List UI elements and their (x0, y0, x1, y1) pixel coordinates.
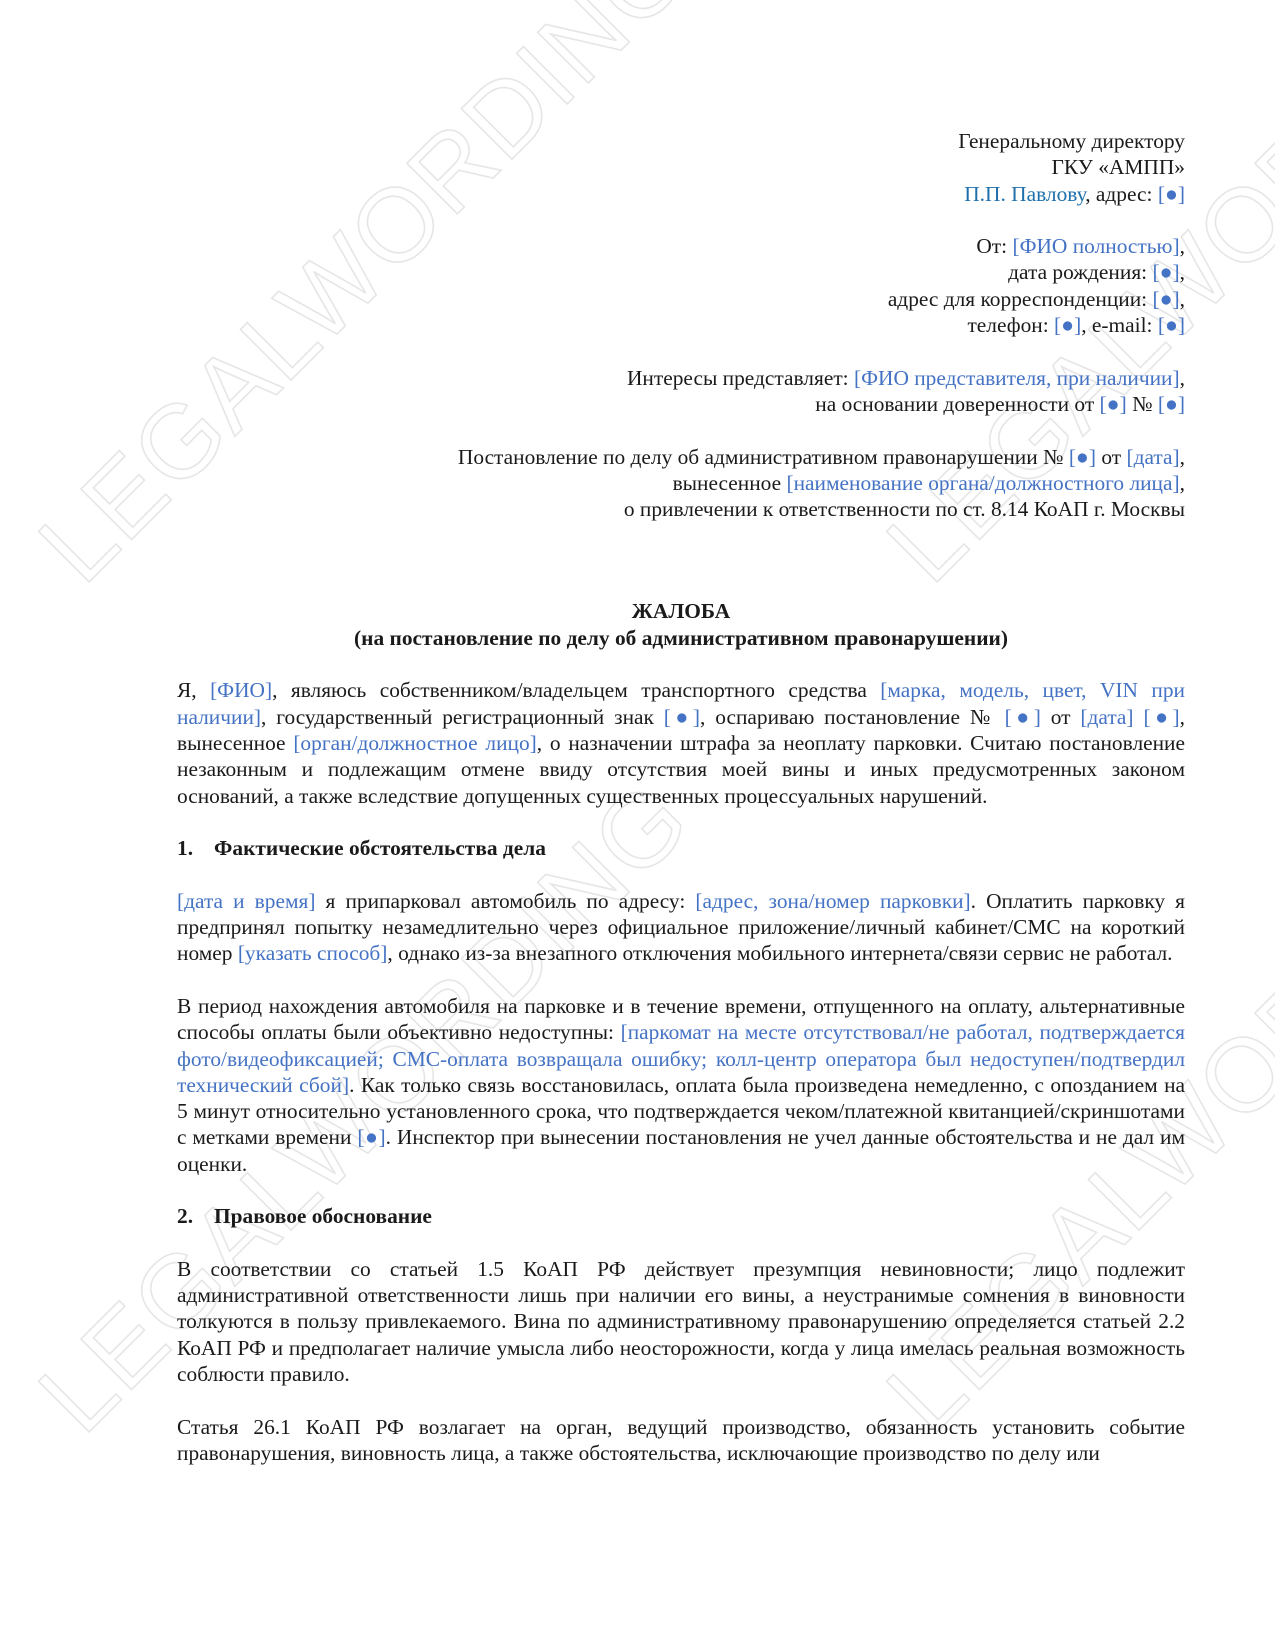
recipient-name: П.П. Павлову (964, 182, 1085, 206)
document-page: Генеральному директору ГКУ «АМПП» П.П. П… (177, 128, 1185, 1466)
section-heading-2: 2.Правовое обоснование (177, 1203, 1185, 1229)
representative-line: Интересы представляет: [ФИО представител… (177, 365, 1185, 391)
placeholder-parking-address[interactable]: [адрес, зона/номер парковки] (695, 889, 970, 913)
decision-from-label: от (1096, 445, 1126, 469)
placeholder-datetime[interactable]: [дата и время] (177, 889, 315, 913)
placeholder-representative[interactable]: [ФИО представителя, при наличии] (854, 366, 1180, 390)
placeholder-sender-name[interactable]: [ФИО полностью] (1012, 234, 1179, 258)
document-subtitle: (на постановление по делу об администрат… (177, 625, 1185, 651)
placeholder-decision-date[interactable]: [дата] (1126, 445, 1179, 469)
placeholder-birth-date[interactable]: [●] (1152, 260, 1179, 284)
document-title: ЖАЛОБА (177, 598, 1185, 624)
intro-paragraph: Я, [ФИО], являюсь собственником/владельц… (177, 677, 1185, 808)
legal-paragraph-2: Статья 26.1 КоАП РФ возлагает на орган, … (177, 1414, 1185, 1467)
decision-issuer-line: вынесенное [наименование органа/должност… (177, 470, 1185, 496)
contacts-line: телефон: [●], e-mail: [●] (177, 312, 1185, 338)
poa-number-label: № (1127, 392, 1158, 416)
mail-address-label: адрес для корреспонденции: (888, 287, 1153, 311)
placeholder-decision-number[interactable]: [●] (1069, 445, 1096, 469)
document-title-block: ЖАЛОБА (на постановление по делу об адми… (177, 598, 1185, 651)
section-title: Фактические обстоятельства дела (214, 836, 546, 860)
decision-label: Постановление по делу об административно… (458, 445, 1069, 469)
power-of-attorney-line: на основании доверенности от [●] № [●] (177, 391, 1185, 417)
section-title: Правовое обоснование (214, 1204, 432, 1228)
address-label: , адрес: (1085, 182, 1158, 206)
sender-line: От: [ФИО полностью], (177, 233, 1185, 259)
placeholder-full-name[interactable]: [ФИО] (210, 678, 272, 702)
representative-label: Интересы представляет: (627, 366, 854, 390)
placeholder-mail-address[interactable]: [●] (1152, 287, 1179, 311)
birth-date-label: дата рождения: (1008, 260, 1152, 284)
section-heading-1: 1.Фактические обстоятельства дела (177, 835, 1185, 861)
placeholder-payment-method[interactable]: [указать способ] (238, 941, 388, 965)
placeholder-recipient-address[interactable]: [●] (1158, 182, 1185, 206)
issued-label: вынесенное (673, 471, 787, 495)
addressee-block: Генеральному директору ГКУ «АМПП» П.П. П… (177, 128, 1185, 522)
poa-label: на основании доверенности от (815, 392, 1099, 416)
section-number: 2. (177, 1203, 214, 1229)
placeholder-decision-no[interactable]: [●] (1005, 705, 1041, 729)
placeholder-evidence[interactable]: [●] (357, 1125, 385, 1149)
placeholder-date[interactable]: [дата] (1080, 705, 1133, 729)
placeholder-phone[interactable]: [●] (1054, 313, 1081, 337)
decision-liability-line: о привлечении к ответственности по ст. 8… (177, 496, 1185, 522)
recipient-organization: ГКУ «АМПП» (177, 154, 1185, 180)
from-label: От: (976, 234, 1012, 258)
decision-line: Постановление по делу об административно… (177, 444, 1185, 470)
recipient-position: Генеральному директору (177, 128, 1185, 154)
section-number: 1. (177, 835, 214, 861)
placeholder-issuer[interactable]: [наименование органа/должностного лица] (786, 471, 1179, 495)
placeholder-plate[interactable]: [●] (664, 705, 700, 729)
facts-paragraph-2: В период нахождения автомобиля на парков… (177, 993, 1185, 1177)
placeholder-authority[interactable]: [орган/должностное лицо] (293, 731, 536, 755)
placeholder-extra[interactable]: [●] (1143, 705, 1179, 729)
legal-paragraph-1: В соответствии со статьей 1.5 КоАП РФ де… (177, 1256, 1185, 1387)
recipient-name-line: П.П. Павлову, адрес: [●] (177, 181, 1185, 207)
placeholder-poa-number[interactable]: [●] (1158, 392, 1185, 416)
document-body: Я, [ФИО], являюсь собственником/владельц… (177, 677, 1185, 1466)
facts-paragraph-1: [дата и время] я припарковал автомобиль … (177, 888, 1185, 967)
birth-date-line: дата рождения: [●], (177, 259, 1185, 285)
phone-label: телефон: (967, 313, 1054, 337)
email-label: , e-mail: (1081, 313, 1158, 337)
placeholder-poa-date[interactable]: [●] (1100, 392, 1127, 416)
mail-address-line: адрес для корреспонденции: [●], (177, 286, 1185, 312)
placeholder-email[interactable]: [●] (1158, 313, 1185, 337)
